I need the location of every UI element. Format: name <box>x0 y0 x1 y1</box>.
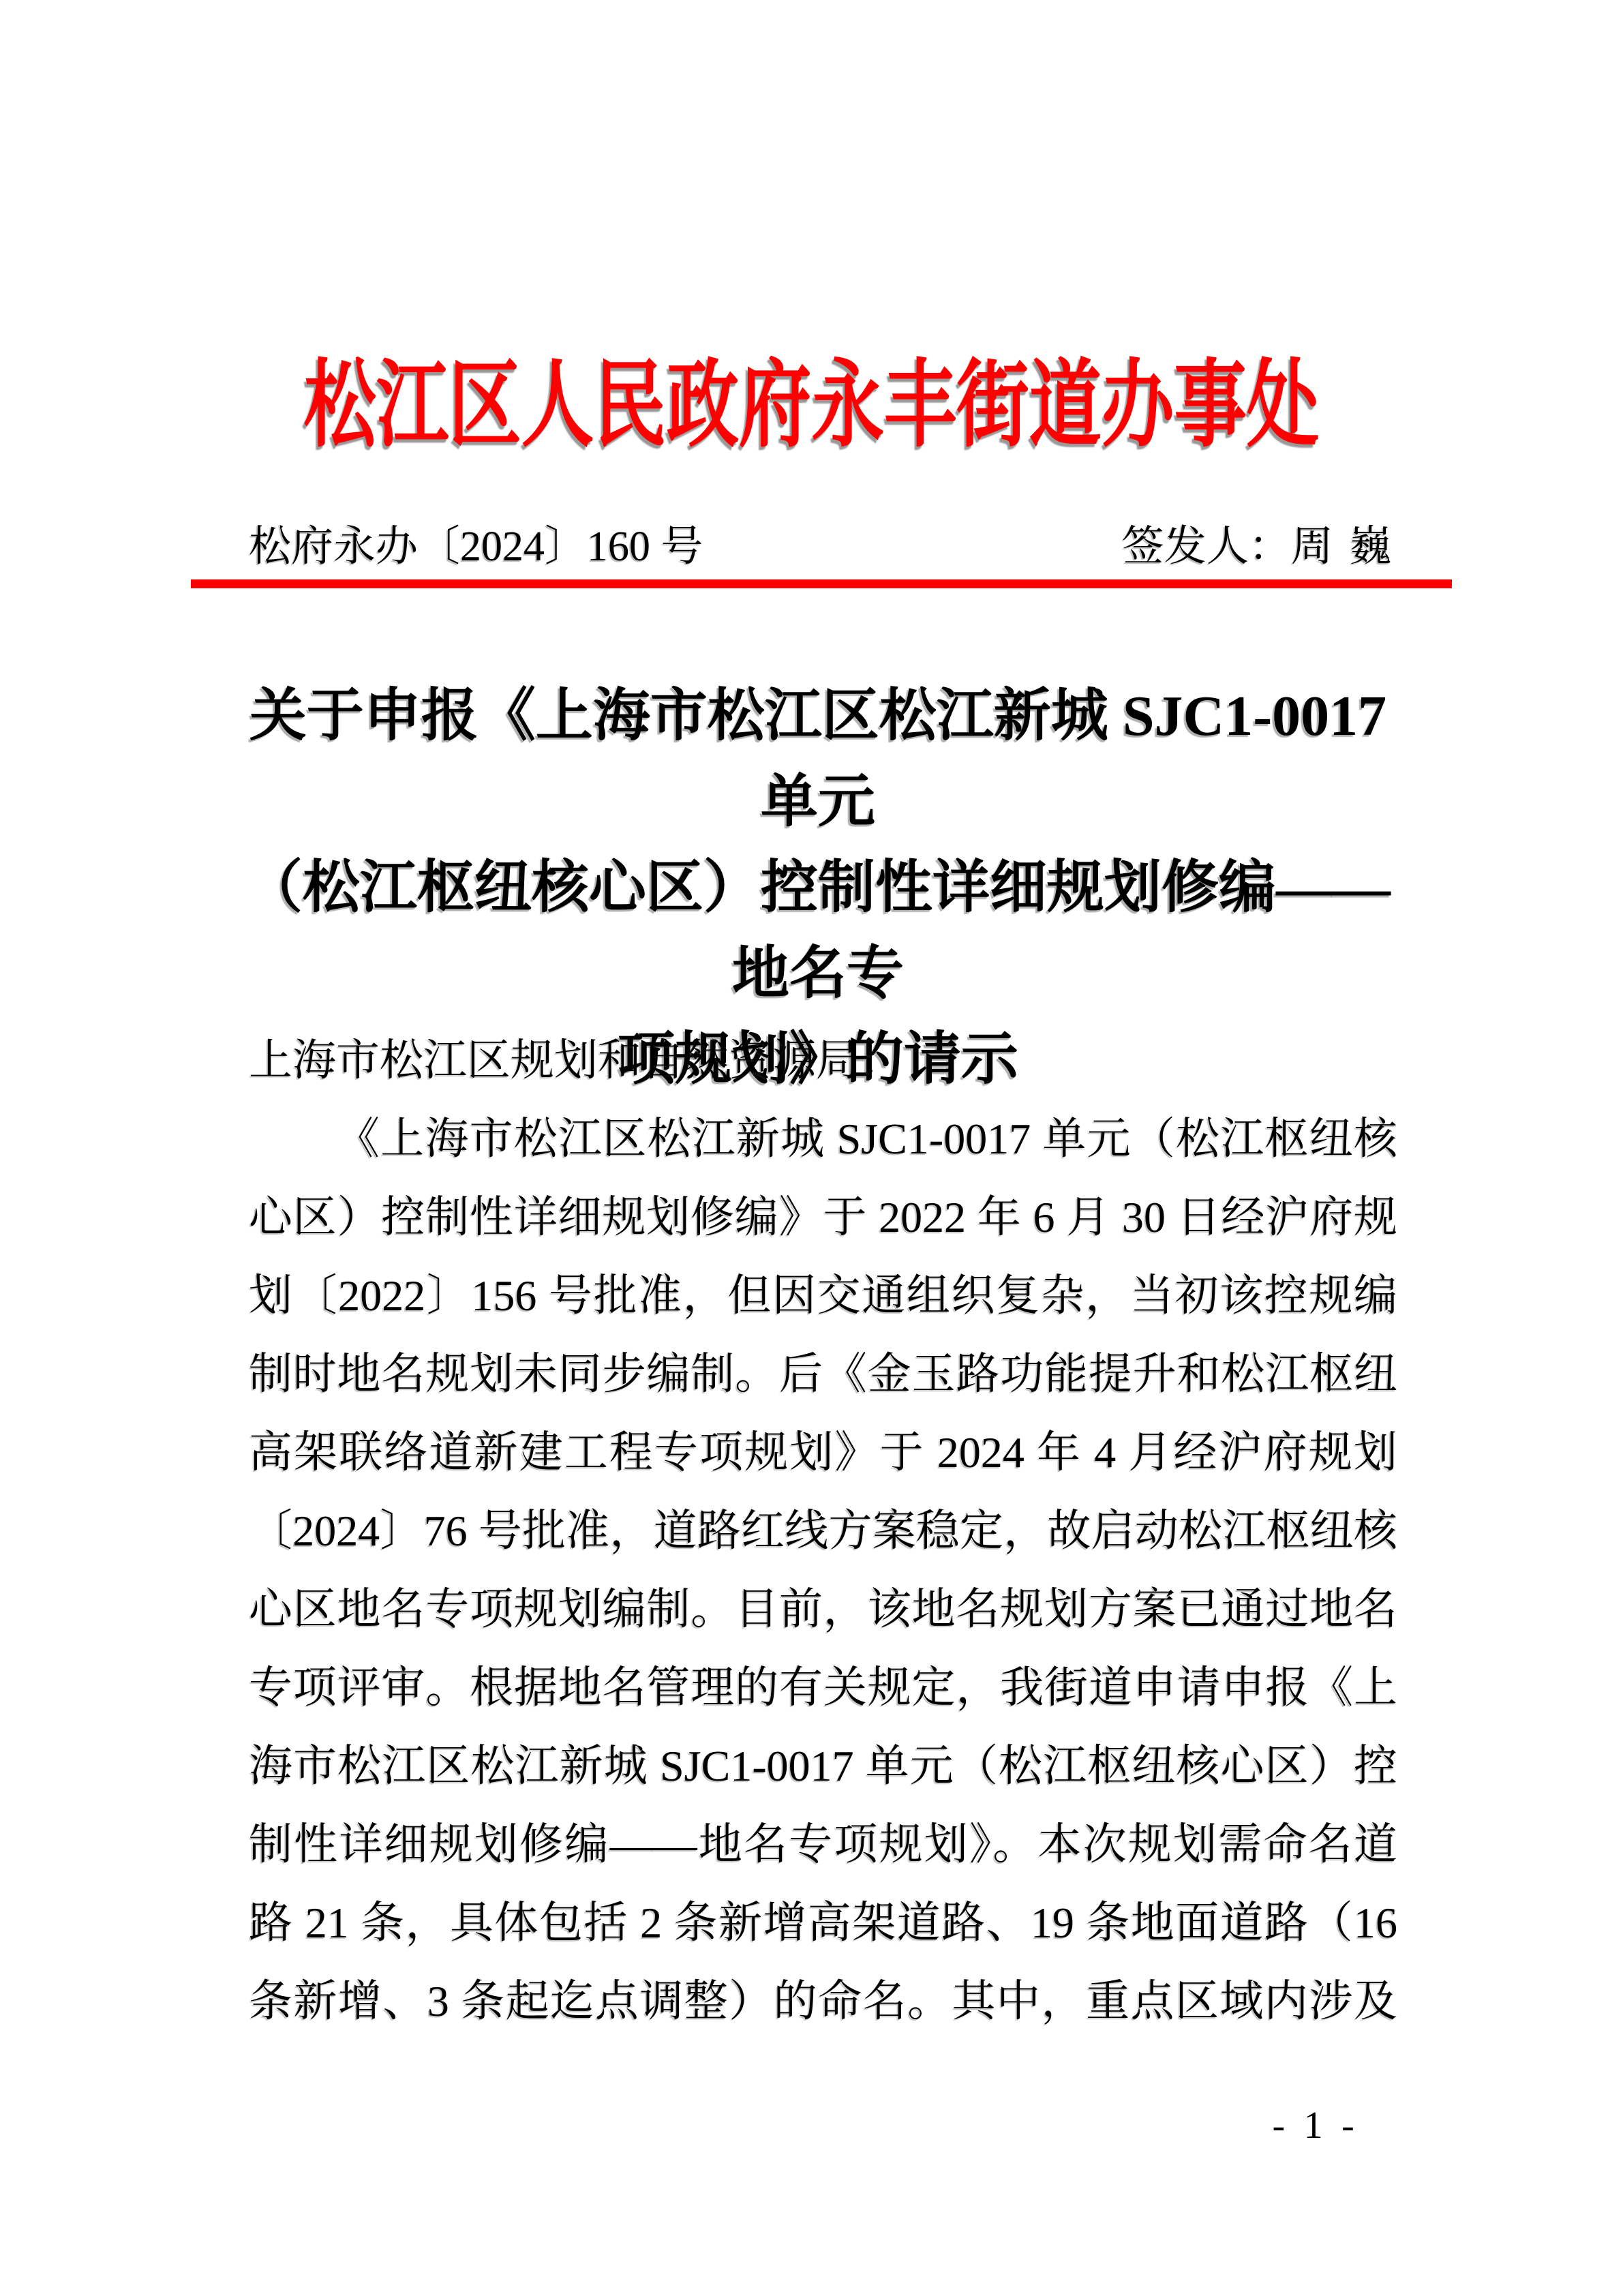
doc-number: 松府永办〔2024〕160 号 <box>249 524 703 570</box>
paragraph-line: 专项评审。根据地名管理的有关规定，我街道申请申报《上 <box>249 1648 1397 1727</box>
issuer: 签发人：周巍 <box>1122 524 1408 570</box>
paragraph-line: 心区地名专项规划编制。目前，该地名规划方案已通过地名 <box>249 1570 1397 1648</box>
body-text: 上海市松江区规划和自然资源局： 《上海市松江区松江新城 SJC1-0017 单元… <box>249 1021 1397 2040</box>
paragraph-line: 划〔2022〕156 号批准，但因交通组织复杂，当初该控规编 <box>249 1256 1397 1335</box>
paragraph-line: 路 21 条，具体包括 2 条新增高架道路、19 条地面道路（16 <box>249 1884 1397 1962</box>
paragraph-line: 海市松江区松江新城 SJC1-0017 单元（松江枢纽核心区）控 <box>249 1727 1397 1805</box>
document-title-line: 关于申报《上海市松江区松江新城 SJC1-0017 单元 <box>239 674 1397 845</box>
paragraph-line: 〔2024〕76 号批准，道路红线方案稳定，故启动松江枢纽核 <box>249 1492 1397 1570</box>
issuer-name: 周巍 <box>1291 524 1408 570</box>
paragraph-line: 条新增、3 条起迄点调整）的命名。其中，重点区域内涉及 <box>249 1962 1397 2040</box>
doc-info-row: 松府永办〔2024〕160 号 签发人：周巍 <box>249 524 1408 570</box>
page-number: - 1 - <box>1247 2105 1384 2147</box>
document-title-line: （松江枢纽核心区）控制性详细规划修编——地名专 <box>239 845 1397 1017</box>
document-page: 松江区人民政府永丰街道办事处 松府永办〔2024〕160 号 签发人：周巍 关于… <box>0 0 1623 2296</box>
issuer-label: 签发人： <box>1122 524 1291 570</box>
red-divider-rule <box>191 579 1452 588</box>
agency-masthead: 松江区人民政府永丰街道办事处 <box>195 356 1429 456</box>
paragraph-line: 制时地名规划未同步编制。后《金玉路功能提升和松江枢纽 <box>249 1335 1397 1413</box>
paragraph-line: 心区）控制性详细规划修编》于 2022 年 6 月 30 日经沪府规 <box>249 1178 1397 1256</box>
paragraph-line: 《上海市松江区松江新城 SJC1-0017 单元（松江枢纽核 <box>249 1100 1397 1178</box>
salutation: 上海市松江区规划和自然资源局： <box>249 1021 1397 1100</box>
paragraph-line: 高架联络道新建工程专项规划》于 2024 年 4 月经沪府规划 <box>249 1413 1397 1492</box>
paragraph-line: 制性详细规划修编——地名专项规划》。本次规划需命名道 <box>249 1805 1397 1884</box>
